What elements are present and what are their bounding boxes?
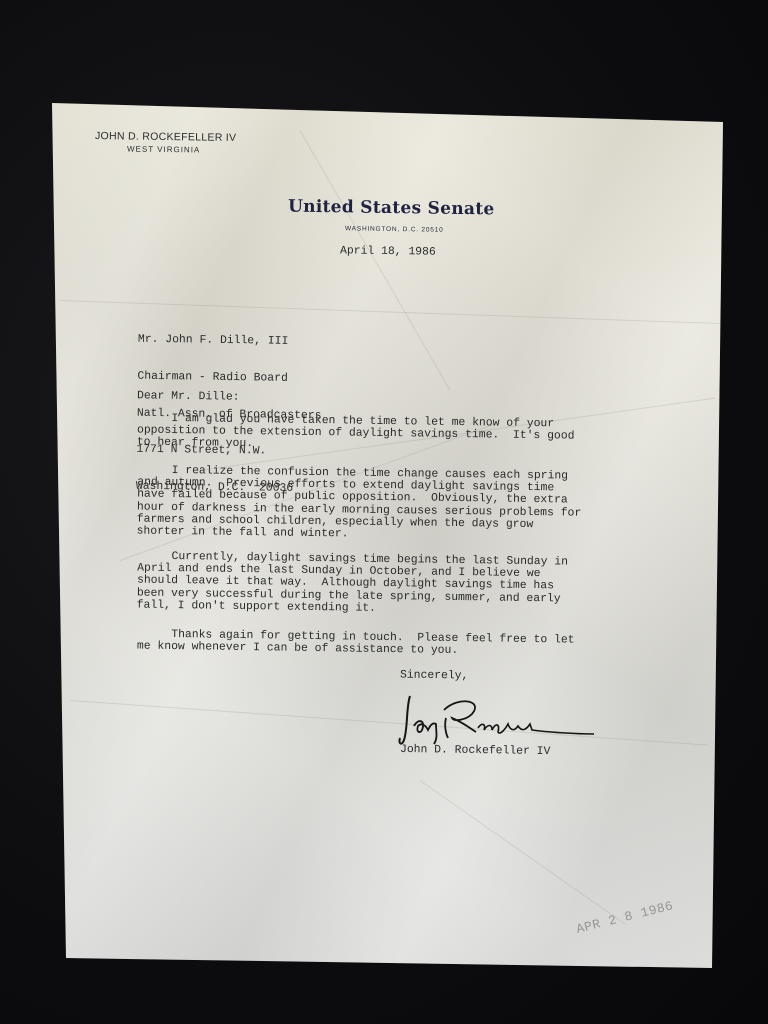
handwritten-signature xyxy=(396,688,606,748)
letterhead-sender-name: JOHN D. ROCKEFELLER IV xyxy=(95,130,237,144)
signer-name: John D. Rockefeller IV xyxy=(400,744,551,758)
closing: Sincerely, xyxy=(400,670,469,683)
letterhead-sender-state: WEST VIRGINIA xyxy=(127,144,200,154)
recipient-line: Chairman - Radio Board xyxy=(137,371,322,386)
salutation: Dear Mr. Dille: xyxy=(137,390,240,404)
letterhead-institution: United States Senate xyxy=(288,197,495,220)
body-paragraph-3: Currently, daylight savings time begins … xyxy=(137,551,638,619)
letterhead-address: WASHINGTON, D.C. 20510 xyxy=(345,225,444,233)
body-paragraph-1: I am glad you have taken the time to let… xyxy=(137,413,637,457)
letter-date: April 18, 1986 xyxy=(340,245,436,259)
body-paragraph-2: I realize the confusion the time change … xyxy=(137,465,638,545)
recipient-line: Mr. John F. Dille, III xyxy=(138,334,323,349)
